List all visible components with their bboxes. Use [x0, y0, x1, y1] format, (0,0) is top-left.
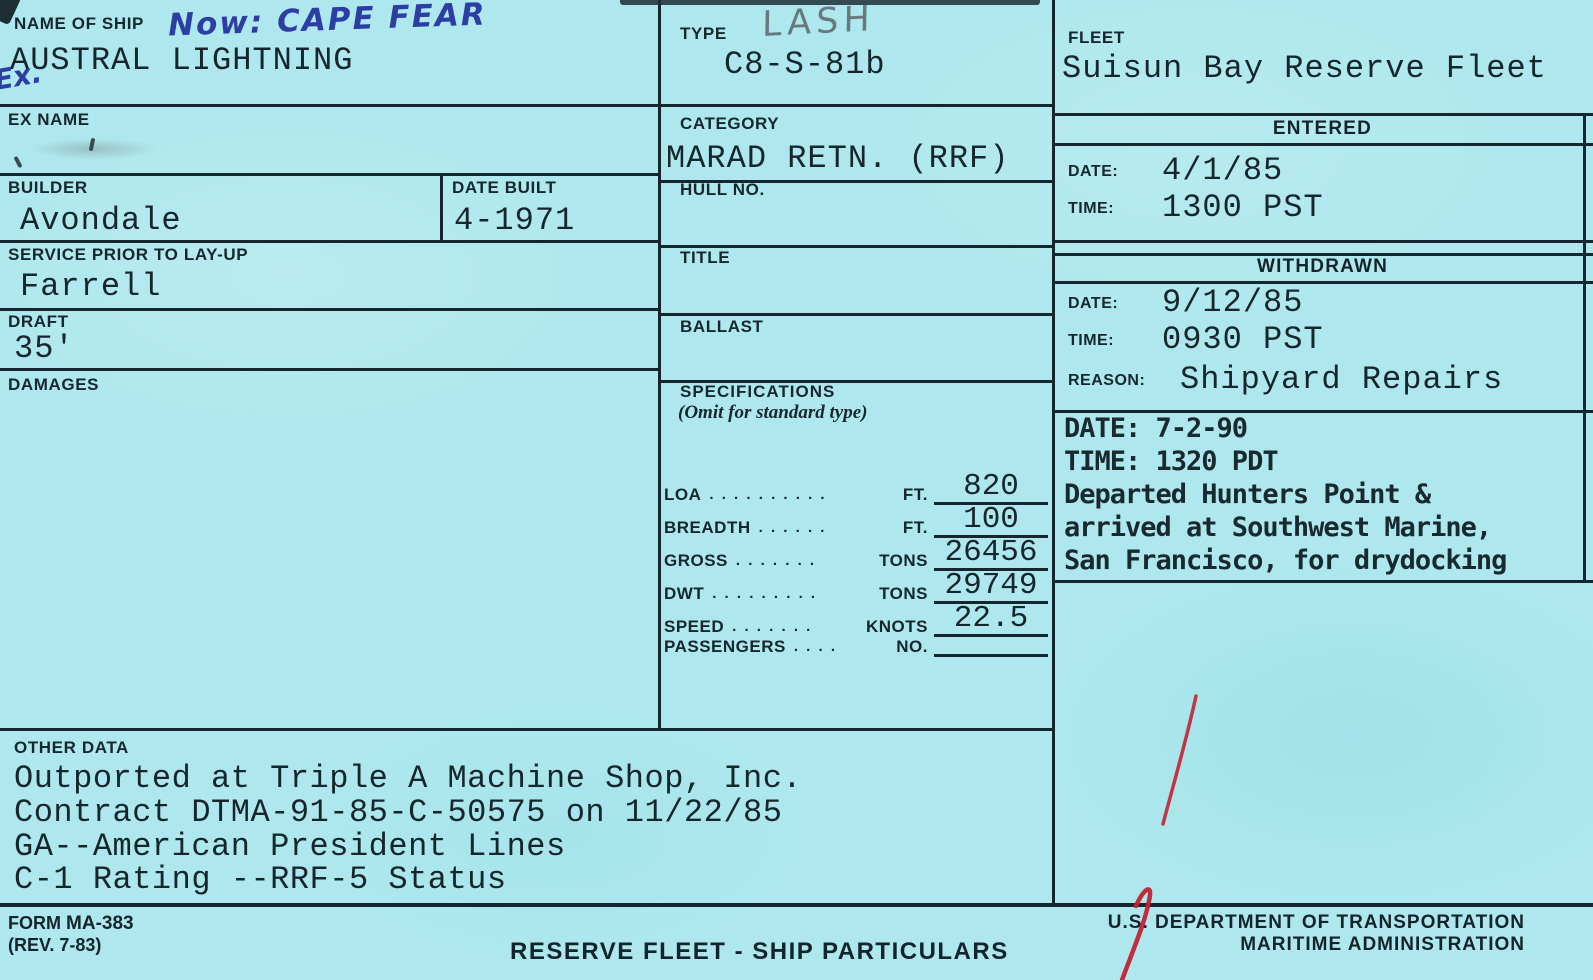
- spec-loa-leader: . . . . . . . . . .: [701, 486, 903, 505]
- spec-loa-label: LOA: [664, 485, 701, 505]
- service-prior-label: SERVICE PRIOR TO LAY-UP: [8, 245, 248, 265]
- exname-pen-tick: [89, 138, 96, 152]
- other-data-line2: Contract DTMA-91-85-C-50575 on 11/22/85: [14, 794, 782, 831]
- fleet-value: Suisun Bay Reserve Fleet: [1062, 50, 1547, 87]
- service-prior-value: Farrell: [20, 268, 161, 305]
- spec-breadth-label: BREADTH: [664, 518, 751, 538]
- spec-loa-value: 820: [934, 472, 1048, 505]
- fleet-label: FLEET: [1068, 28, 1125, 48]
- spec-speed-unit: KNOTS: [866, 617, 934, 637]
- movement-note-line1: DATE: 7-2-90: [1064, 413, 1247, 444]
- withdrawn-header: WITHDRAWN: [1052, 256, 1593, 278]
- form-number-block: FORM MA-383: [8, 913, 134, 935]
- spec-dwt-label: DWT: [664, 584, 704, 604]
- spec-gross-value: 26456: [934, 538, 1048, 571]
- name-of-ship-value: AUSTRAL LIGHTNING: [10, 42, 353, 79]
- rule-withdrawn-header: [1052, 281, 1593, 284]
- spec-breadth-unit: FT.: [903, 518, 934, 538]
- spec-row-speed: SPEED . . . . . . . KNOTS 22.5: [664, 604, 1048, 637]
- other-data-line4: C-1 Rating --RRF-5 Status: [14, 861, 507, 898]
- spec-gross-label: GROSS: [664, 551, 728, 571]
- movement-note-line2: TIME: 1320 PDT: [1064, 446, 1278, 477]
- rule-under-builder: [0, 240, 658, 243]
- spec-breadth-value: 100: [934, 505, 1048, 538]
- damages-label: DAMAGES: [8, 375, 99, 395]
- ballast-label: BALLAST: [680, 317, 764, 337]
- name-of-ship-handwritten-now: Now: CAPE FEAR: [167, 0, 487, 44]
- rule-under-service: [0, 308, 658, 311]
- withdrawn-date-label: DATE:: [1068, 295, 1118, 313]
- spec-loa-unit: FT.: [903, 485, 934, 505]
- divider-left-middle: [658, 0, 661, 728]
- category-label: CATEGORY: [680, 114, 779, 134]
- spec-dwt-value: 29749: [934, 571, 1048, 604]
- left-margin-tick: [13, 156, 22, 168]
- name-of-ship-handwritten-ex: Ex.: [0, 56, 44, 97]
- withdrawn-time-label: TIME:: [1068, 332, 1114, 350]
- footer-title: RESERVE FLEET - SHIP PARTICULARS: [510, 938, 1009, 966]
- ex-name-label: EX NAME: [8, 110, 90, 130]
- other-data-line3: GA--American President Lines: [14, 828, 566, 865]
- divider-date-built: [440, 173, 443, 243]
- title-label: TITLE: [680, 248, 730, 268]
- rule-entered-bottom: [1052, 240, 1593, 243]
- type-handwritten: LASH: [762, 0, 875, 45]
- rule-entered-header: [1052, 143, 1593, 146]
- spec-gross-unit: TONS: [879, 551, 934, 571]
- rule-under-damages-specs: [0, 728, 1052, 731]
- date-built-value: 4-1971: [454, 202, 575, 239]
- entered-date-label: DATE:: [1068, 163, 1118, 181]
- spec-passengers-unit: NO.: [896, 637, 934, 657]
- spec-dwt-unit: TONS: [879, 584, 934, 604]
- ship-particulars-card: NAME OF SHIP Now: CAPE FEAR AUSTRAL LIGH…: [0, 0, 1593, 980]
- builder-label: BUILDER: [8, 178, 88, 198]
- movement-note-line4: arrived at Southwest Marine,: [1064, 512, 1491, 543]
- spec-speed-leader: . . . . . . .: [724, 618, 866, 637]
- entered-date-value: 4/1/85: [1162, 152, 1283, 189]
- rule-under-title: [658, 313, 1052, 316]
- builder-value: Avondale: [20, 202, 182, 239]
- right-box-border: [1583, 113, 1586, 582]
- other-data-line1: Outported at Triple A Machine Shop, Inc.: [14, 760, 802, 797]
- name-of-ship-label: NAME OF SHIP: [14, 14, 144, 34]
- specifications-label: SPECIFICATIONS: [680, 382, 835, 402]
- rule-note-bottom: [1052, 580, 1593, 583]
- category-value: MARAD RETN. (RRF): [666, 140, 1009, 177]
- form-number: MA-383: [66, 913, 134, 934]
- other-data-label: OTHER DATA: [14, 738, 129, 758]
- type-value: C8-S-81b: [724, 46, 886, 83]
- spec-row-dwt: DWT . . . . . . . . . TONS 29749: [664, 571, 1048, 604]
- specifications-sublabel: (Omit for standard type): [678, 402, 867, 424]
- rule-card-bottom: [0, 903, 1593, 907]
- spec-breadth-leader: . . . . . .: [751, 519, 903, 538]
- entered-header: ENTERED: [1052, 118, 1593, 140]
- spec-row-breadth: BREADTH . . . . . . FT. 100: [664, 505, 1048, 538]
- movement-note-line5: San Francisco, for drydocking: [1064, 545, 1506, 576]
- entered-time-label: TIME:: [1068, 200, 1114, 218]
- spec-row-loa: LOA . . . . . . . . . . FT. 820: [664, 472, 1048, 505]
- movement-note-line3: Departed Hunters Point &: [1064, 479, 1430, 510]
- rule-under-draft: [0, 368, 658, 371]
- hull-no-label: HULL NO.: [680, 180, 765, 200]
- rule-under-name-row: [0, 104, 1052, 107]
- agency-line1: U.S. DEPARTMENT OF TRANSPORTATION: [1108, 912, 1525, 934]
- form-revision: (REV. 7-83): [8, 935, 101, 956]
- spec-speed-value: 22.5: [934, 604, 1048, 637]
- spec-passengers-leader: . . . .: [786, 638, 896, 657]
- spec-speed-label: SPEED: [664, 617, 724, 637]
- type-label: TYPE: [680, 24, 727, 44]
- agency-line2: MARITIME ADMINISTRATION: [1240, 934, 1525, 956]
- date-built-label: DATE BUILT: [452, 178, 557, 198]
- spec-row-passengers: PASSENGERS . . . . NO.: [664, 637, 1048, 657]
- withdrawn-date-value: 9/12/85: [1162, 284, 1303, 321]
- spec-dwt-leader: . . . . . . . . .: [704, 585, 879, 604]
- spec-passengers-value: [934, 654, 1048, 657]
- withdrawn-time-value: 0930 PST: [1162, 321, 1324, 358]
- red-pen-mark-upper: [1163, 696, 1196, 824]
- form-prefix: FORM: [8, 913, 61, 933]
- spec-passengers-label: PASSENGERS: [664, 637, 786, 657]
- spec-row-gross: GROSS . . . . . . . TONS 26456: [664, 538, 1048, 571]
- rule-fleet-bottom: [1052, 113, 1593, 116]
- spec-gross-leader: . . . . . . .: [728, 552, 879, 571]
- exname-eraser-smudge: [28, 138, 158, 160]
- draft-value: 35': [14, 330, 75, 367]
- draft-label: DRAFT: [8, 312, 69, 332]
- withdrawn-reason-label: REASON:: [1068, 372, 1145, 390]
- withdrawn-reason-value: Shipyard Repairs: [1180, 361, 1503, 398]
- entered-time-value: 1300 PST: [1162, 189, 1324, 226]
- rule-under-exname: [0, 173, 658, 176]
